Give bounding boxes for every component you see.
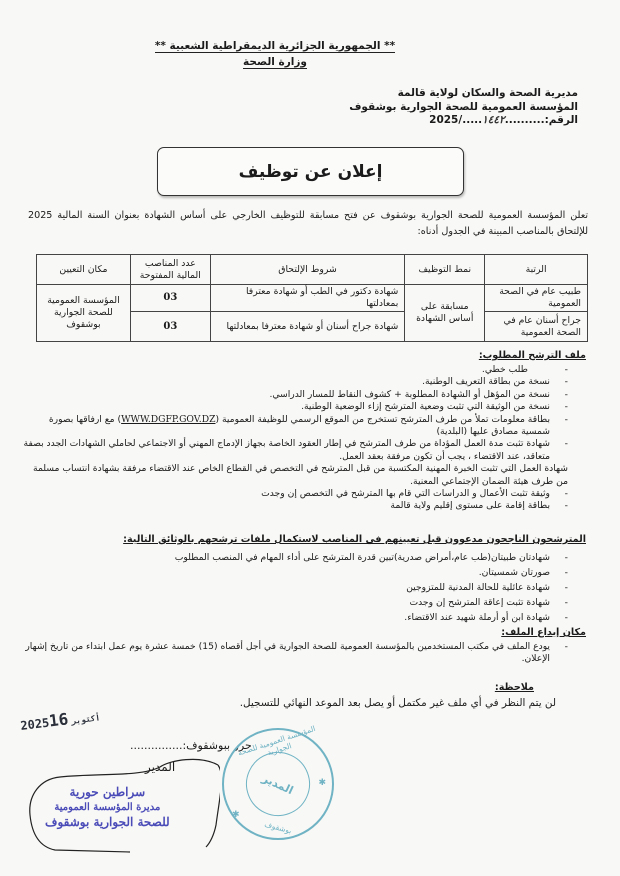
place-cell: المؤسسة العمومية للصحة الجوارية بوشقوف	[37, 285, 131, 342]
note-title: ملاحظة:	[495, 682, 534, 693]
header-mode: نمط التوظيف	[405, 255, 485, 285]
list-item: -نسخة من الوثيقة التي تثبت وضعية المترشح…	[20, 401, 568, 413]
document-page: ** الجمهورية الجزائرية الديمقراطية الشعب…	[0, 0, 620, 876]
count-cell: 03	[130, 285, 210, 312]
positions-table: الرتبة نمط التوظيف شروط الإلتحاق عدد الم…	[36, 254, 588, 342]
conditions-cell: شهادة جراح أسنان أو شهادة معترفا بمعادلت…	[210, 312, 405, 342]
successful-candidates-list: -شهادتان طبيتان(طب عام،أمراض صدرية)تبين …	[20, 550, 568, 625]
institution-name: المؤسسة العمومية للصحة الجوارية بوشقوف	[349, 100, 578, 114]
website-link[interactable]: WWW.DGFP.GOV.DZ	[121, 414, 215, 425]
header-count: عدد المناصب المالية المفتوحة	[130, 255, 210, 285]
list-item: -بطاقة معلومات تملأ من طرف المترشح تستخر…	[20, 414, 568, 439]
intro-paragraph: تعلن المؤسسة العمومية للصحة الجوارية بوش…	[28, 208, 588, 240]
sender-block: مديرية الصحة والسكان لولاية قالمة المؤسس…	[349, 86, 578, 114]
republic-header: ** الجمهورية الجزائرية الديمقراطية الشعب…	[0, 40, 620, 52]
list-item: -يودع الملف في مكتب المستخدمين بالمؤسسة …	[20, 641, 568, 666]
conditions-cell: شهادة دكتور في الطب أو شهادة معترفا بمعا…	[210, 285, 405, 312]
reference-number: الرقم:..........١٤٤٢...../2025	[429, 114, 578, 126]
list-item: -شهادة تثبت مدة العمل المؤداة من طرف الم…	[20, 438, 568, 463]
list-item: -نسخة من المؤهل أو الشهادة المطلوبة + كش…	[20, 389, 568, 401]
rank-cell: جراح أسنان عام في الصحة العمومية	[485, 312, 588, 342]
mode-cell: مسابقة على أساس الشهادة	[405, 285, 485, 342]
list-item: -نسخة من بطاقة التعريف الوطنية.	[20, 376, 568, 388]
table-header-row: الرتبة نمط التوظيف شروط الإلتحاق عدد الم…	[37, 255, 588, 285]
directorate-name: مديرية الصحة والسكان لولاية قالمة	[349, 86, 578, 100]
ministry-header: وزارة الصحة	[0, 56, 620, 68]
header-place: مكان التعيين	[37, 255, 131, 285]
list-item: -طلب خطي.	[20, 364, 568, 376]
required-file-list: -طلب خطي. -نسخة من بطاقة التعريف الوطنية…	[20, 364, 568, 513]
required-file-title: ملف الترشح المطلوب:	[479, 350, 586, 361]
star-icon: ✱	[318, 778, 326, 788]
header-rank: الرتبة	[485, 255, 588, 285]
list-item: -وثيقة تثبت الأعمال و الدراسات التي قام …	[20, 488, 568, 500]
deposit-title: مكان إيداع الملف:	[501, 627, 586, 638]
table-row: طبيب عام في الصحة العمومية مسابقة على أس…	[37, 285, 588, 312]
announcement-title: إعلان عن توظيف	[157, 147, 464, 196]
date-stamp: 2025أكتوبر16	[19, 705, 104, 734]
header-conditions: شروط الإلتحاق	[210, 255, 405, 285]
deposit-list: -يودع الملف في مكتب المستخدمين بالمؤسسة …	[20, 641, 568, 666]
list-item: -شهادتان طبيتان(طب عام،أمراض صدرية)تبين …	[20, 550, 568, 565]
official-stamp: المؤسسة العمومية للصحة الجوارية ✱ ✱ المد…	[222, 728, 334, 840]
list-item: -بطاقة إقامة على مستوى إقليم ولاية قالمة	[20, 500, 568, 512]
list-item: -شهادة ابن أو أرملة شهيد عند الاقتضاء.	[20, 610, 568, 625]
handwritten-signature	[20, 755, 220, 855]
note-text: لن يتم النظر في أي ملف غير مكتمل أو يصل …	[240, 697, 556, 709]
list-item: شهادة العمل التي تثبت الخبرة المهنية الم…	[20, 463, 568, 488]
list-item: -شهادة عائلية للحالة المدنية للمتزوجين	[20, 580, 568, 595]
count-cell: 03	[130, 312, 210, 342]
list-item: -صورتان شمسيتان.	[20, 565, 568, 580]
rank-cell: طبيب عام في الصحة العمومية	[485, 285, 588, 312]
successful-candidates-title: المترشحون الناجحون مدعوون قبل تعيينهم في…	[123, 534, 586, 545]
list-item: -شهادة تثبت إعاقة المترشح إن وجدت	[20, 595, 568, 610]
handwritten-ref: ١٤٤٢	[482, 114, 505, 126]
